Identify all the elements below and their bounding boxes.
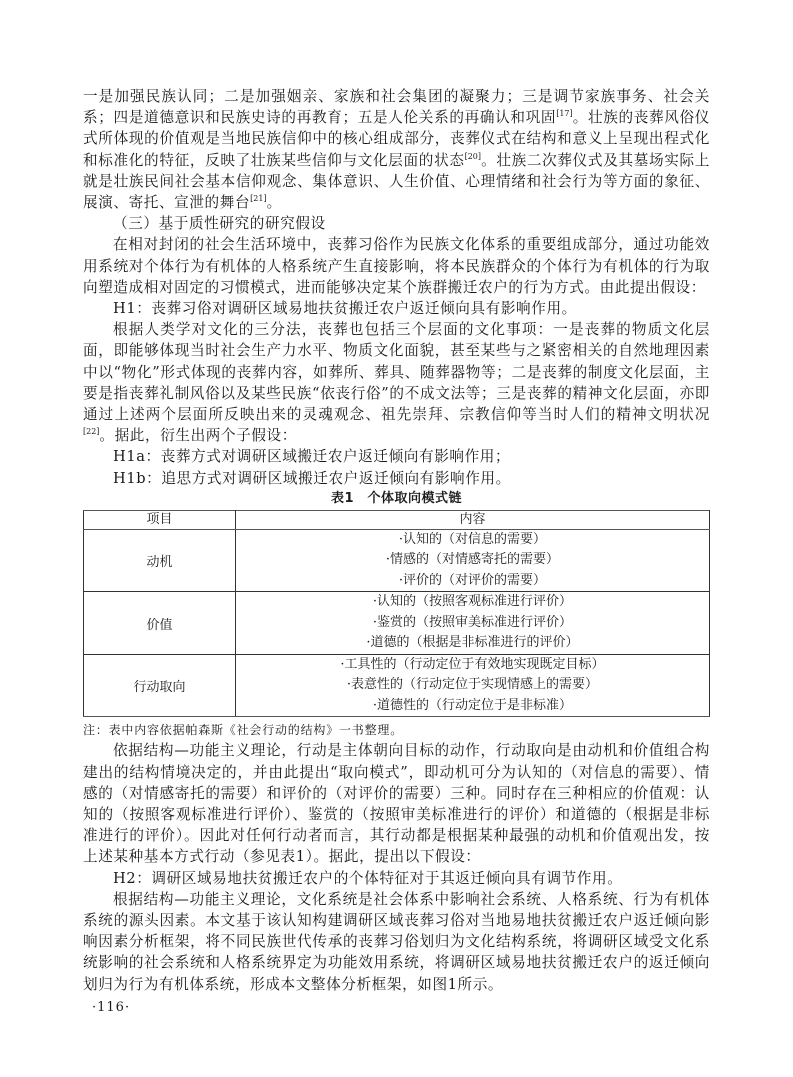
table-cell-item: 价值 (84, 592, 236, 655)
section-heading: （三）基于质性研究的研究假设 (83, 213, 710, 234)
table-title: 表1 个体取向模式链 (83, 489, 710, 509)
hypothesis-h1a: H1a：丧葬方式对调研区域搬迁农户返迁倾向有影响作用； (83, 446, 710, 467)
paragraph-structure-function: 依据结构—功能主义理论，行动是主体朝向目标的动作，行动取向是由动机和价值组合构建… (83, 740, 710, 867)
content-line: ·道德性的（行动定位于是非标准） (236, 696, 709, 717)
table-header-row: 项目 内容 (84, 510, 710, 529)
text: 。据此，衍生出两个子假设： (99, 427, 297, 444)
page-body: 一是加强民族认同；二是加强姻亲、家族和社会集团的凝聚力；三是调节家族事务、社会关… (83, 86, 710, 995)
hypothesis-h1b: H1b：追思方式对调研区域搬迁农户返迁倾向有影响作用。 (83, 468, 710, 489)
text: 根据人类学对文化的三分法，丧葬也包括三个层面的文化事项：一是丧葬的物质文化层面，… (83, 321, 710, 423)
table-row: 动机 ·认知的（对信息的需要） ·情感的（对情感寄托的需要） ·评价的（对评价的… (84, 529, 710, 592)
content-line: ·工具性的（行动定位于有效地实现既定目标） (236, 655, 709, 676)
paragraph-framework: 根据结构—功能主义理论，文化系统是社会体系中影响社会系统、人格系统、行为有机体系… (83, 889, 710, 995)
table-cell-content: ·工具性的（行动定位于有效地实现既定目标） ·表意性的（行动定位于实现情感上的需… (236, 654, 710, 717)
paragraph-context: 在相对封闭的社会生活环境中，丧葬习俗作为民族文化体系的重要组成部分，通过功能效用… (83, 234, 710, 298)
table-row: 行动取向 ·工具性的（行动定位于有效地实现既定目标） ·表意性的（行动定位于实现… (84, 654, 710, 717)
citation: [20] (465, 152, 481, 161)
content-line: ·道德的（根据是非标准进行的评价） (236, 633, 709, 654)
hypothesis-h2: H2：调研区域易地扶贫搬迁农户的个体特征对于其返迁倾向具有调节作用。 (83, 868, 710, 889)
content-line: ·情感的（对情感寄托的需要） (236, 550, 709, 571)
content-line: ·认知的（对信息的需要） (236, 530, 709, 551)
orientation-table: 项目 内容 动机 ·认知的（对信息的需要） ·情感的（对情感寄托的需要） ·评价… (83, 510, 710, 718)
content-line: ·鉴赏的（按照审美标准进行评价） (236, 613, 709, 634)
content-line: ·表意性的（行动定位于实现情感上的需要） (236, 675, 709, 696)
content-line: ·认知的（按照客观标准进行评价） (236, 592, 709, 613)
table-cell-item: 行动取向 (84, 654, 236, 717)
paragraph-intro-continued: 一是加强民族认同；二是加强姻亲、家族和社会集团的凝聚力；三是调节家族事务、社会关… (83, 86, 710, 213)
table-cell-item: 动机 (84, 529, 236, 592)
citation: [17] (556, 109, 572, 118)
table-row: 价值 ·认知的（按照客观标准进行评价） ·鉴赏的（按照审美标准进行评价） ·道德… (84, 592, 710, 655)
citation: [21] (250, 194, 266, 203)
table-header: 项目 (84, 510, 236, 529)
hypothesis-h1: H1：丧葬习俗对调研区域易地扶贫搬迁农户返迁倾向具有影响作用。 (83, 298, 710, 319)
citation: [22] (83, 427, 99, 436)
paragraph-culture: 根据人类学对文化的三分法，丧葬也包括三个层面的文化事项：一是丧葬的物质文化层面，… (83, 319, 710, 446)
page-number: ·116· (92, 1000, 130, 1015)
table-note: 注：表中内容依据帕森斯《社会行动的结构》一书整理。 (83, 721, 710, 740)
content-line: ·评价的（对评价的需要） (236, 571, 709, 592)
table-cell-content: ·认知的（对信息的需要） ·情感的（对情感寄托的需要） ·评价的（对评价的需要） (236, 529, 710, 592)
text: 。 (267, 194, 282, 211)
table-header: 内容 (236, 510, 710, 529)
table-cell-content: ·认知的（按照客观标准进行评价） ·鉴赏的（按照审美标准进行评价） ·道德的（根… (236, 592, 710, 655)
